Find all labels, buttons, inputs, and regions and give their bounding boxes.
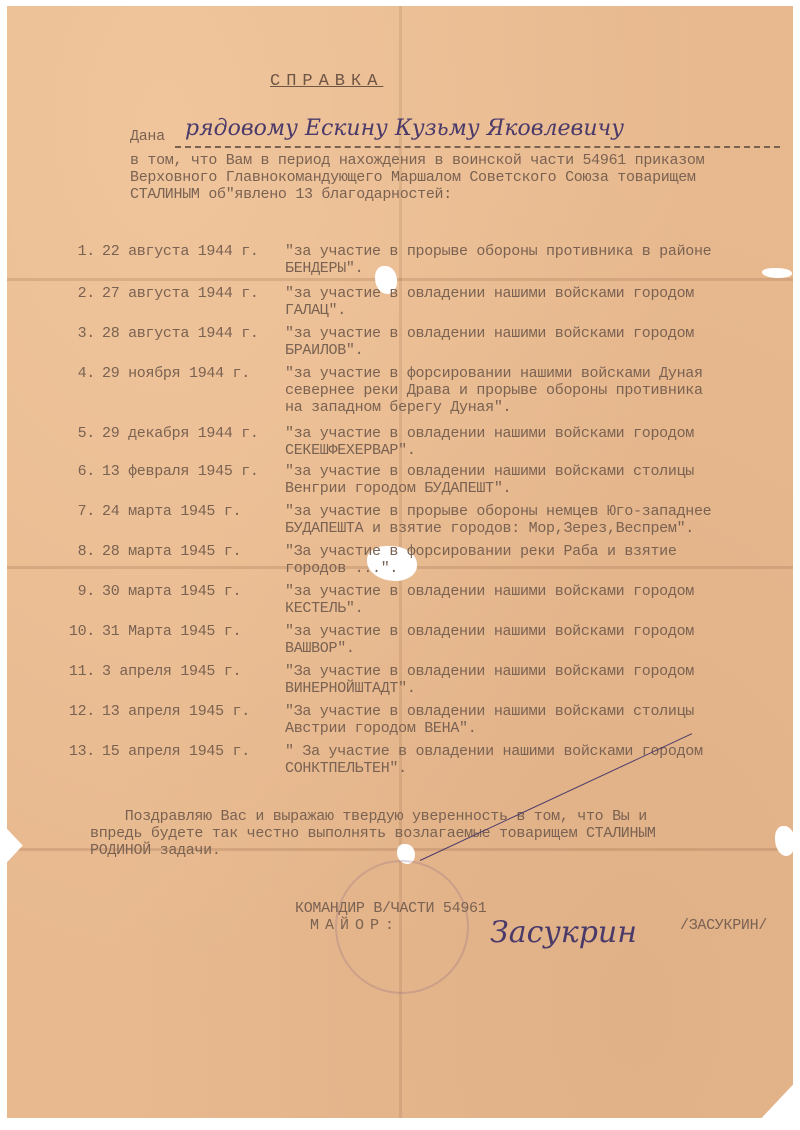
entry-text: "за участие в овладении нашими войсками … xyxy=(285,623,775,657)
entry-text: "за участие в овладении нашими войсками … xyxy=(285,425,775,459)
entry-text: "за участие в овладении нашими войсками … xyxy=(285,325,775,359)
entry-number: 2. xyxy=(65,285,95,302)
entry-number: 1. xyxy=(65,243,95,260)
entry-date: 29 декабря 1944 г. xyxy=(102,425,292,442)
entry-text-line: Венгрии городом БУДАПЕШТ". xyxy=(285,480,775,497)
entry-text: "За участие в овладении нашими войсками … xyxy=(285,663,775,697)
entry-number: 9. xyxy=(65,583,95,600)
entry-number: 8. xyxy=(65,543,95,560)
entry-date: 28 августа 1944 г. xyxy=(102,325,292,342)
entry-text: "за участие в овладении нашими войсками … xyxy=(285,463,775,497)
entry-text-line: "за участие в овладении нашими войсками … xyxy=(285,583,775,600)
entry-text-line: "За участие в форсировании реки Раба и в… xyxy=(285,543,775,560)
entry-text-line: "за участие в форсировании нашими войска… xyxy=(285,365,775,382)
entry-number: 11. xyxy=(65,663,95,680)
entry-number: 4. xyxy=(65,365,95,382)
entry-date: 30 марта 1945 г. xyxy=(102,583,292,600)
entry-text: "за участие в овладении нашими войсками … xyxy=(285,583,775,617)
closing-paragraph: Поздравляю Вас и выражаю твердую уверенн… xyxy=(90,808,780,859)
entry-text-line: городов ...". xyxy=(285,560,775,577)
entry-text: "За участие в форсировании реки Раба и в… xyxy=(285,543,775,577)
document-title: СПРАВКА xyxy=(270,72,383,91)
entry-text-line: БЕНДЕРЫ". xyxy=(285,260,775,277)
entry-number: 3. xyxy=(65,325,95,342)
entry-text-line: Австрии городом ВЕНА". xyxy=(285,720,775,737)
entry-text-line: "За участие в овладении нашими войсками … xyxy=(285,703,775,720)
entry-date: 29 ноября 1944 г. xyxy=(102,365,292,382)
entry-text-line: на западном берегу Дуная". xyxy=(285,399,775,416)
entry-text-line: " За участие в овладении нашими войсками… xyxy=(285,743,775,760)
intro-line: Верховного Главнокомандующего Маршалом С… xyxy=(130,169,790,186)
entry-text-line: севернее реки Драва и прорыве обороны пр… xyxy=(285,382,775,399)
entry-text-line: "за участие в прорыве обороны противника… xyxy=(285,243,775,260)
entry-text-line: "за участие в прорыве обороны немцев Юго… xyxy=(285,503,775,520)
entry-text-line: БРАИЛОВ". xyxy=(285,342,775,359)
entry-text-line: КЕСТЕЛЬ". xyxy=(285,600,775,617)
entry-text: "за участие в овладении нашими войсками … xyxy=(285,285,775,319)
entry-text: "за участие в прорыве обороны противника… xyxy=(285,243,775,277)
entry-number: 13. xyxy=(65,743,95,760)
entry-text: "за участие в прорыве обороны немцев Юго… xyxy=(285,503,775,537)
entry-text: " За участие в овладении нашими войсками… xyxy=(285,743,775,777)
recipient-handwritten: рядовому Ескину Кузьму Яковлевичу xyxy=(185,116,624,141)
handwritten-signature: Засукрин xyxy=(490,915,637,950)
entry-date: 13 февраля 1945 г. xyxy=(102,463,292,480)
entry-number: 12. xyxy=(65,703,95,720)
commander-surname: /ЗАСУКРИН/ xyxy=(680,917,767,934)
entry-text-line: СЕКЕШФЕХЕРВАР". xyxy=(285,442,775,459)
intro-paragraph: в том, что Вам в период нахождения в вои… xyxy=(130,152,790,203)
entry-text-line: "за участие в овладении нашими войсками … xyxy=(285,623,775,640)
entry-text-line: "за участие в овладении нашими войсками … xyxy=(285,425,775,442)
entry-number: 6. xyxy=(65,463,95,480)
entry-text-line: "За участие в овладении нашими войсками … xyxy=(285,663,775,680)
entry-number: 5. xyxy=(65,425,95,442)
entry-number: 7. xyxy=(65,503,95,520)
entry-text-line: ГАЛАЦ". xyxy=(285,302,775,319)
entry-text-line: "за участие в овладении нашими войсками … xyxy=(285,325,775,342)
entry-text: "За участие в овладении нашими войсками … xyxy=(285,703,775,737)
intro-line: в том, что Вам в период нахождения в вои… xyxy=(130,152,790,169)
entry-text-line: ВАШВОР". xyxy=(285,640,775,657)
closing-line: впредь будете так честно выполнять возла… xyxy=(90,825,780,842)
closing-line: РОДИНОЙ задачи. xyxy=(90,842,780,859)
entry-number: 10. xyxy=(65,623,95,640)
entry-text-line: ВИНЕРНОЙШТАДТ". xyxy=(285,680,775,697)
entry-date: 24 марта 1945 г. xyxy=(102,503,292,520)
recipient-label: Дана xyxy=(130,128,165,145)
fill-line xyxy=(175,146,780,148)
commander-rank: МАЙОР: xyxy=(310,917,400,934)
entry-date: 31 Марта 1945 г. xyxy=(102,623,292,640)
entry-date: 15 апреля 1945 г. xyxy=(102,743,292,760)
fold-crease xyxy=(7,278,793,281)
entry-date: 13 апреля 1945 г. xyxy=(102,703,292,720)
entry-date: 3 апреля 1945 г. xyxy=(102,663,292,680)
entry-text-line: БУДАПЕШТА и взятие городов: Мор,Зерез,Ве… xyxy=(285,520,775,537)
intro-line: СТАЛИНЫМ об"явлено 13 благодарностей: xyxy=(130,186,790,203)
closing-line: Поздравляю Вас и выражаю твердую уверенн… xyxy=(90,808,780,825)
entry-text: "за участие в форсировании нашими войска… xyxy=(285,365,775,416)
entry-date: 22 августа 1944 г. xyxy=(102,243,292,260)
entry-text-line: СОНКТПЕЛЬТЕН". xyxy=(285,760,775,777)
entry-text-line: "за участие в овладении нашими войсками … xyxy=(285,463,775,480)
entry-text-line: "за участие в овладении нашими войсками … xyxy=(285,285,775,302)
entry-date: 28 марта 1945 г. xyxy=(102,543,292,560)
entry-date: 27 августа 1944 г. xyxy=(102,285,292,302)
commander-title: КОМАНДИР В/ЧАСТИ 54961 xyxy=(295,900,486,917)
